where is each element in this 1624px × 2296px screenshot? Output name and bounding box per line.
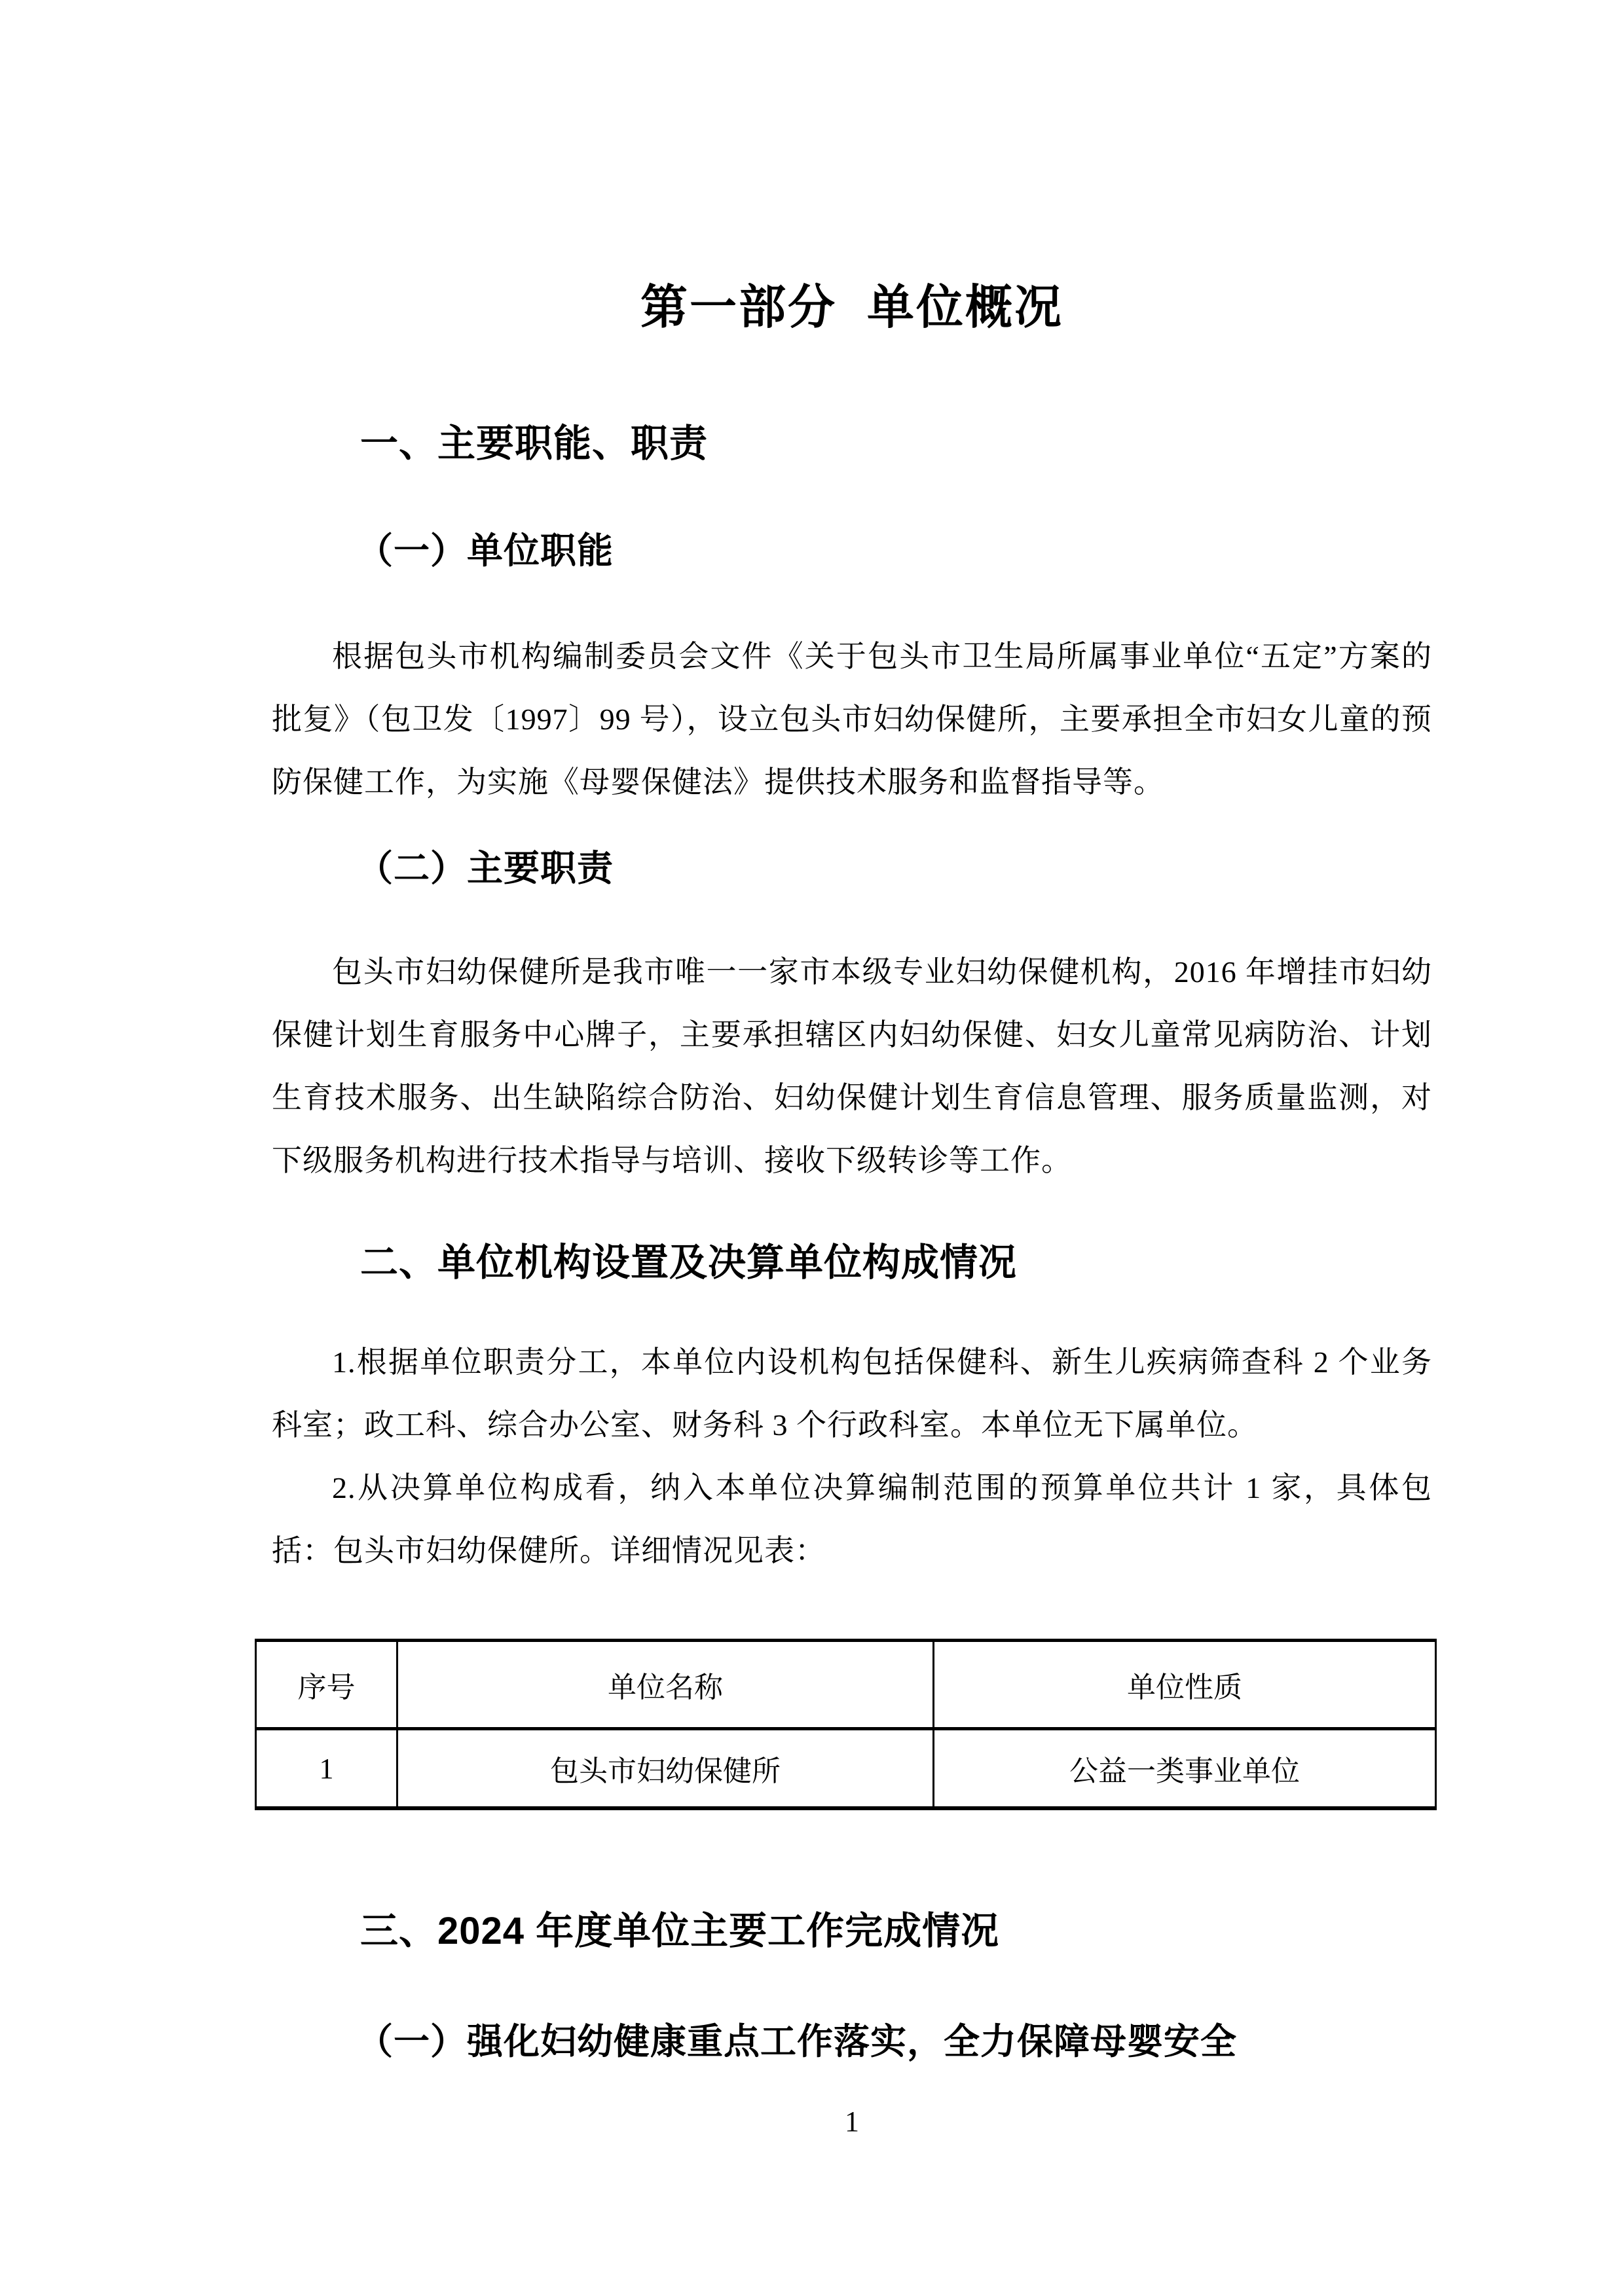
table-header-unit-name: 单位名称 [397,1641,934,1729]
text-column: 第一部分 单位概况 一、主要职能、职责 （一）单位职能 根据包头市机构编制委员会… [272,0,1432,2138]
heading-section-1: 一、主要职能、职责 [272,414,1432,473]
heading-section-2: 二、单位机构设置及决算单位构成情况 [272,1233,1432,1292]
page-number: 1 [272,2105,1432,2138]
heading-section-3: 三、2024 年度单位主要工作完成情况 [272,1902,1432,1961]
document-page: 第一部分 单位概况 一、主要职能、职责 （一）单位职能 根据包头市机构编制委员会… [0,0,1624,2296]
paragraph-unit-functions: 根据包头市机构编制委员会文件《关于包头市卫生局所属事业单位“五定”方案的批复》（… [272,625,1432,814]
paragraph-budget-units: 2.从决算单位构成看，纳入本单位决算编制范围的预算单位共计 1 家，具体包括：包… [272,1457,1432,1582]
table-header-unit-type: 单位性质 [934,1641,1436,1729]
heading-sub-maternal-safety: （一）强化妇幼健康重点工作落实，全力保障母婴安全 [272,2013,1432,2069]
table-cell-unit-name: 包头市妇幼保健所 [397,1729,934,1809]
table-row: 1 包头市妇幼保健所 公益一类事业单位 [256,1729,1436,1809]
table-cell-index: 1 [256,1729,397,1809]
page-title: 第一部分 单位概况 [272,274,1432,342]
paragraph-internal-structure: 1.根据单位职责分工，本单位内设机构包括保健科、新生儿疾病筛查科 2 个业务科室… [272,1331,1432,1457]
paragraph-main-duties: 包头市妇幼保健所是我市唯一一家市本级专业妇幼保健机构，2016 年增挂市妇幼保健… [272,941,1432,1192]
table-header-index: 序号 [256,1641,397,1729]
table-cell-unit-type: 公益一类事业单位 [934,1729,1436,1809]
heading-sub-unit-functions: （一）单位职能 [272,522,1432,579]
heading-sub-main-duties: （二）主要职责 [272,840,1432,896]
table-header-row: 序号 单位名称 单位性质 [256,1641,1436,1729]
unit-composition-table: 序号 单位名称 单位性质 1 包头市妇幼保健所 公益一类事业单位 [255,1639,1437,1810]
